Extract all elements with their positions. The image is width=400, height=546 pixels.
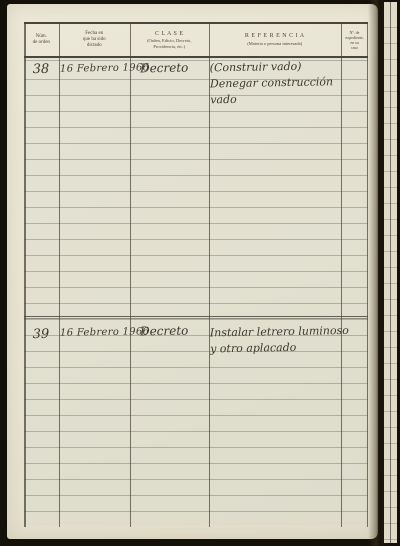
entry-number: 39 (24, 327, 58, 343)
header-referencia-title: R E F E R E N C I A (245, 33, 305, 41)
facing-page-table-line (390, 2, 391, 543)
column-divider (130, 22, 131, 527)
entry-reference: (Construir vado) Denegar construcción va… (210, 58, 367, 109)
header-num-orden: Núm. de orden (24, 24, 59, 56)
ledger-page: Núm. de orden Fecha en que ha sido dicta… (7, 4, 378, 539)
column-divider (209, 22, 210, 527)
table-border-left (24, 22, 26, 527)
column-divider (59, 22, 60, 527)
table-body: 38 16 Febrero 1966 Decreto (Construir va… (24, 58, 368, 525)
entry-class: Decreto (140, 324, 189, 339)
facing-page-edge (384, 2, 397, 543)
entry-date: 16 Febrero 1966 (60, 326, 149, 339)
header-clase-subtitle: (Orden, Edicto, Decreto, Providencia, et… (147, 38, 191, 49)
entry-reference: Instalar letrero luminoso y otro aplacad… (210, 323, 367, 358)
column-divider (341, 22, 342, 527)
header-expediente: Nº. de expediente, en su caso (341, 24, 368, 56)
header-clase-title: C L A S E (155, 31, 184, 39)
header-referencia-subtitle: (Materia o persona interesada) (247, 41, 302, 47)
entry-class: Decreto (140, 61, 189, 76)
header-clase: C L A S E (Orden, Edicto, Decreto, Provi… (130, 24, 209, 56)
section-divider-line (24, 316, 368, 319)
header-referencia: R E F E R E N C I A (Materia o persona i… (209, 24, 342, 56)
register-table: Núm. de orden Fecha en que ha sido dicta… (24, 22, 368, 527)
header-fecha: Fecha en que ha sido dictado (59, 24, 131, 56)
scanned-ledger-photo: Núm. de orden Fecha en que ha sido dicta… (0, 0, 400, 546)
entry-number: 38 (24, 62, 58, 78)
table-header-row: Núm. de orden Fecha en que ha sido dicta… (24, 22, 368, 58)
entry-date: 16 Febrero 1966 (60, 62, 149, 75)
